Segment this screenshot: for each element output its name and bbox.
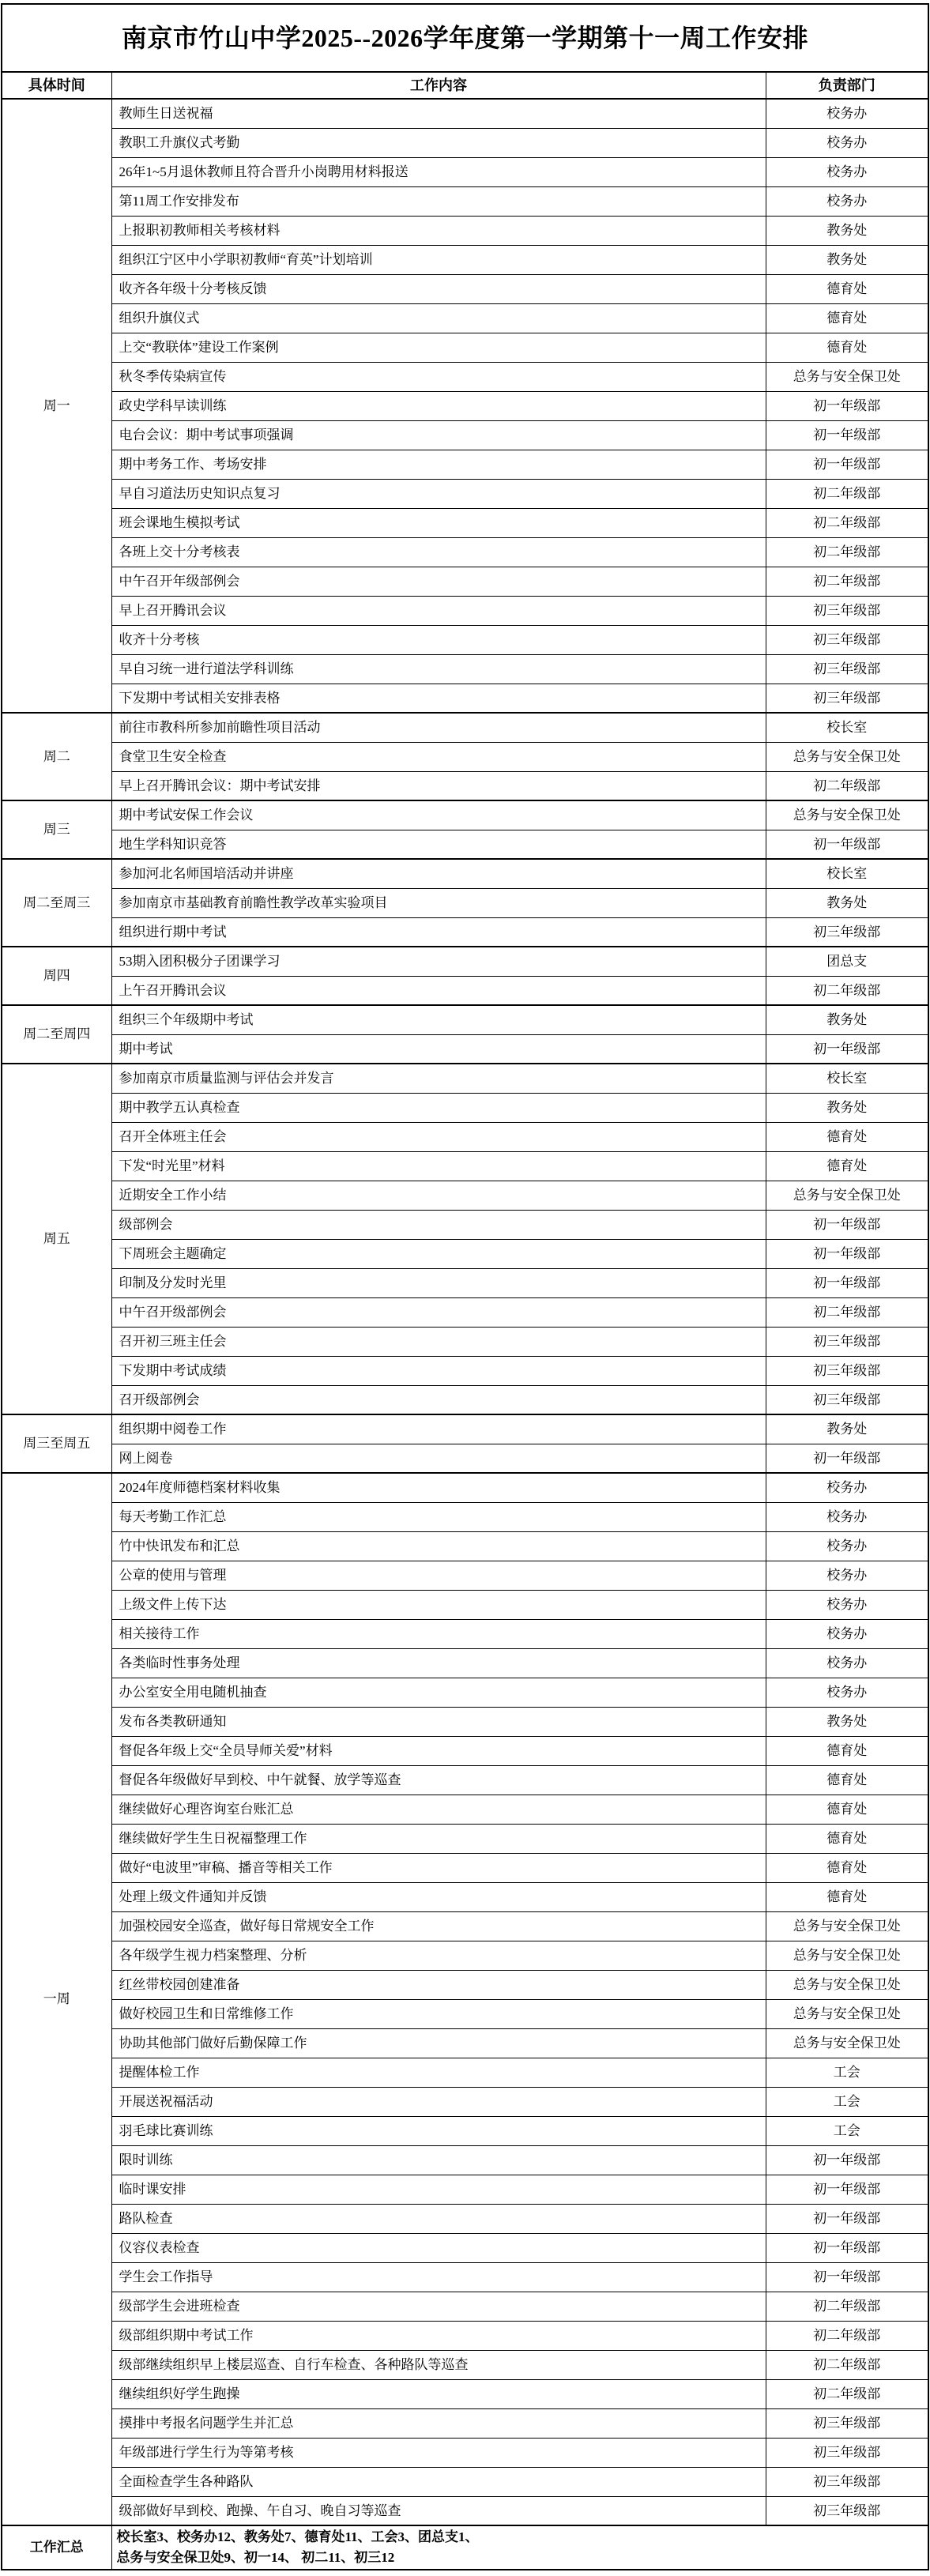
dept-cell: 总务与安全保卫处 xyxy=(766,362,928,391)
dept-cell: 教务处 xyxy=(766,245,928,274)
dept-cell: 初一年级部 xyxy=(766,1268,928,1297)
table-row: 继续做好学生生日祝福整理工作德育处 xyxy=(2,1824,928,1853)
table-row: 周四53期入团积极分子团课学习团总支 xyxy=(2,947,928,976)
task-cell: 加强校园安全巡查，做好每日常规安全工作 xyxy=(111,1911,766,1941)
work-schedule-table: 南京市竹山中学2025--2026学年度第一学期第十一周工作安排 具体时间 工作… xyxy=(1,3,929,2570)
task-cell: 上报职初教师相关考核材料 xyxy=(111,216,766,245)
summary-row: 工作汇总校长室3、校务办12、教务处7、德育处11、工会3、团总支1、总务与安全… xyxy=(2,2525,928,2570)
dept-cell: 初二年级部 xyxy=(766,567,928,596)
task-cell: 限时训练 xyxy=(111,2145,766,2175)
dept-cell: 初一年级部 xyxy=(766,2145,928,2175)
dept-cell: 总务与安全保卫处 xyxy=(766,1999,928,2028)
task-cell: 级部做好早到校、跑操、午自习、晚自习等巡查 xyxy=(111,2496,766,2525)
summary-content-cell: 校长室3、校务办12、教务处7、德育处11、工会3、团总支1、总务与安全保卫处9… xyxy=(111,2525,928,2570)
dept-cell: 校务办 xyxy=(766,157,928,186)
task-cell: 继续做好心理咨询室台账汇总 xyxy=(111,1795,766,1824)
dept-cell: 初二年级部 xyxy=(766,976,928,1005)
summary-time-cell: 工作汇总 xyxy=(2,2525,111,2570)
time-cell: 周二至周四 xyxy=(2,1005,111,1064)
dept-cell: 工会 xyxy=(766,2116,928,2145)
table-row: 各年级学生视力档案整理、分析总务与安全保卫处 xyxy=(2,1941,928,1970)
task-cell: 组织三个年级期中考试 xyxy=(111,1005,766,1034)
table-row: 召开全体班主任会德育处 xyxy=(2,1122,928,1151)
table-row: 收齐各年级十分考核反馈德育处 xyxy=(2,274,928,303)
time-cell: 一周 xyxy=(2,1473,111,2525)
dept-cell: 初一年级部 xyxy=(766,1210,928,1239)
dept-cell: 校务办 xyxy=(766,1473,928,1502)
dept-cell: 初一年级部 xyxy=(766,420,928,450)
dept-cell: 教务处 xyxy=(766,1414,928,1444)
task-cell: 下发“时光里”材料 xyxy=(111,1151,766,1181)
dept-cell: 总务与安全保卫处 xyxy=(766,1181,928,1210)
task-cell: 参加南京市质量监测与评估会并发言 xyxy=(111,1064,766,1093)
dept-cell: 初三年级部 xyxy=(766,625,928,654)
task-cell: 组织进行期中考试 xyxy=(111,917,766,947)
table-row: 级部做好早到校、跑操、午自习、晚自习等巡查初三年级部 xyxy=(2,2496,928,2525)
task-cell: 食堂卫生安全检查 xyxy=(111,742,766,771)
table-row: 上报职初教师相关考核材料教务处 xyxy=(2,216,928,245)
column-header-dept: 负责部门 xyxy=(766,72,928,99)
table-row: 组织进行期中考试初三年级部 xyxy=(2,917,928,947)
task-cell: 26年1~5月退休教师且符合晋升小岗聘用材料报送 xyxy=(111,157,766,186)
dept-cell: 初三年级部 xyxy=(766,2496,928,2525)
task-cell: 级部继续组织早上楼层巡查、自行车检查、各种路队等巡查 xyxy=(111,2350,766,2379)
schedule-body: 周一教师生日送祝福校务办教职工升旗仪式考勤校务办26年1~5月退休教师且符合晋升… xyxy=(2,99,928,2570)
table-row: 继续组织好学生跑操初二年级部 xyxy=(2,2379,928,2408)
task-cell: 发布各类教研通知 xyxy=(111,1707,766,1736)
dept-cell: 德育处 xyxy=(766,1151,928,1181)
table-row: 上级文件上传下达校务办 xyxy=(2,1590,928,1619)
task-cell: 收齐各年级十分考核反馈 xyxy=(111,274,766,303)
table-row: 每天考勤工作汇总校务办 xyxy=(2,1502,928,1531)
dept-cell: 校务办 xyxy=(766,1531,928,1561)
table-row: 办公室安全用电随机抽查校务办 xyxy=(2,1678,928,1707)
table-row: 周二至周四组织三个年级期中考试教务处 xyxy=(2,1005,928,1034)
table-row: 参加南京市基础教育前瞻性教学改革实验项目教务处 xyxy=(2,888,928,917)
dept-cell: 德育处 xyxy=(766,1795,928,1824)
dept-cell: 初三年级部 xyxy=(766,684,928,713)
title-row: 南京市竹山中学2025--2026学年度第一学期第十一周工作安排 xyxy=(2,4,928,72)
task-cell: 下发期中考试成绩 xyxy=(111,1356,766,1385)
table-row: 周三至周五组织期中阅卷工作教务处 xyxy=(2,1414,928,1444)
page-title: 南京市竹山中学2025--2026学年度第一学期第十一周工作安排 xyxy=(2,4,928,72)
task-cell: 继续组织好学生跑操 xyxy=(111,2379,766,2408)
time-cell: 周三 xyxy=(2,800,111,859)
task-cell: 近期安全工作小结 xyxy=(111,1181,766,1210)
dept-cell: 初三年级部 xyxy=(766,1385,928,1414)
table-row: 学生会工作指导初一年级部 xyxy=(2,2262,928,2292)
task-cell: 年级部进行学生行为等第考核 xyxy=(111,2438,766,2467)
table-row: 加强校园安全巡查，做好每日常规安全工作总务与安全保卫处 xyxy=(2,1911,928,1941)
dept-cell: 初一年级部 xyxy=(766,2175,928,2204)
table-row: 下发期中考试相关安排表格初三年级部 xyxy=(2,684,928,713)
task-cell: 电台会议：期中考试事项强调 xyxy=(111,420,766,450)
dept-cell: 初三年级部 xyxy=(766,2467,928,2496)
task-cell: 网上阅卷 xyxy=(111,1444,766,1473)
table-row: 上午召开腾讯会议初二年级部 xyxy=(2,976,928,1005)
task-cell: 前往市教科所参加前瞻性项目活动 xyxy=(111,713,766,742)
table-row: 近期安全工作小结总务与安全保卫处 xyxy=(2,1181,928,1210)
task-cell: 相关接待工作 xyxy=(111,1619,766,1648)
task-cell: 期中考务工作、考场安排 xyxy=(111,450,766,479)
dept-cell: 初二年级部 xyxy=(766,1297,928,1327)
dept-cell: 德育处 xyxy=(766,1824,928,1853)
task-cell: 级部学生会进班检查 xyxy=(111,2292,766,2321)
task-cell: 早上召开腾讯会议 xyxy=(111,596,766,625)
time-cell: 周四 xyxy=(2,947,111,1005)
dept-cell: 初一年级部 xyxy=(766,1444,928,1473)
dept-cell: 工会 xyxy=(766,2087,928,2116)
column-header-task: 工作内容 xyxy=(111,72,766,99)
table-row: 周一教师生日送祝福校务办 xyxy=(2,99,928,128)
dept-cell: 初三年级部 xyxy=(766,2438,928,2467)
dept-cell: 总务与安全保卫处 xyxy=(766,742,928,771)
dept-cell: 教务处 xyxy=(766,1093,928,1122)
task-cell: 上交“教联体”建设工作案例 xyxy=(111,333,766,362)
task-cell: 组织江宁区中小学职初教师“育英”计划培训 xyxy=(111,245,766,274)
summary-line: 总务与安全保卫处9、初一14、 初二11、初三12 xyxy=(117,2548,924,2568)
table-row: 一周2024年度师德档案材料收集校务办 xyxy=(2,1473,928,1502)
table-row: 下发期中考试成绩初三年级部 xyxy=(2,1356,928,1385)
dept-cell: 教务处 xyxy=(766,216,928,245)
table-row: 政史学科早读训练初一年级部 xyxy=(2,391,928,420)
time-cell: 周一 xyxy=(2,99,111,713)
task-cell: 53期入团积极分子团课学习 xyxy=(111,947,766,976)
task-cell: 级部组织期中考试工作 xyxy=(111,2321,766,2350)
dept-cell: 校务办 xyxy=(766,1561,928,1590)
task-cell: 做好校园卫生和日常维修工作 xyxy=(111,1999,766,2028)
dept-cell: 初一年级部 xyxy=(766,450,928,479)
dept-cell: 初二年级部 xyxy=(766,508,928,537)
dept-cell: 初三年级部 xyxy=(766,917,928,947)
table-row: 全面检查学生各种路队初三年级部 xyxy=(2,2467,928,2496)
table-row: 限时训练初一年级部 xyxy=(2,2145,928,2175)
table-row: 周三期中考试安保工作会议总务与安全保卫处 xyxy=(2,800,928,830)
column-header-row: 具体时间 工作内容 负责部门 xyxy=(2,72,928,99)
dept-cell: 初一年级部 xyxy=(766,391,928,420)
task-cell: 全面检查学生各种路队 xyxy=(111,2467,766,2496)
task-cell: 各类临时性事务处理 xyxy=(111,1648,766,1678)
time-cell: 周五 xyxy=(2,1064,111,1414)
dept-cell: 校长室 xyxy=(766,1064,928,1093)
table-row: 年级部进行学生行为等第考核初三年级部 xyxy=(2,2438,928,2467)
dept-cell: 初三年级部 xyxy=(766,654,928,684)
table-row: 发布各类教研通知教务处 xyxy=(2,1707,928,1736)
table-row: 中午召开年级部例会初二年级部 xyxy=(2,567,928,596)
table-row: 周二至周三参加河北名师国培活动并讲座校长室 xyxy=(2,859,928,888)
task-cell: 收齐十分考核 xyxy=(111,625,766,654)
dept-cell: 初二年级部 xyxy=(766,2292,928,2321)
dept-cell: 校务办 xyxy=(766,1648,928,1678)
table-row: 开展送祝福活动工会 xyxy=(2,2087,928,2116)
table-row: 周二前往市教科所参加前瞻性项目活动校长室 xyxy=(2,713,928,742)
time-cell: 周二 xyxy=(2,713,111,800)
table-row: 中午召开级部例会初二年级部 xyxy=(2,1297,928,1327)
dept-cell: 校务办 xyxy=(766,186,928,216)
task-cell: 做好“电波里”审稿、播音等相关工作 xyxy=(111,1853,766,1882)
table-row: 协助其他部门做好后勤保障工作总务与安全保卫处 xyxy=(2,2028,928,2058)
table-row: 继续做好心理咨询室台账汇总德育处 xyxy=(2,1795,928,1824)
table-row: 早自习统一进行道法学科训练初三年级部 xyxy=(2,654,928,684)
task-cell: 提醒体检工作 xyxy=(111,2058,766,2087)
task-cell: 红丝带校园创建准备 xyxy=(111,1970,766,1999)
dept-cell: 初二年级部 xyxy=(766,2379,928,2408)
table-row: 期中教学五认真检查教务处 xyxy=(2,1093,928,1122)
dept-cell: 校务办 xyxy=(766,1590,928,1619)
dept-cell: 团总支 xyxy=(766,947,928,976)
task-cell: 督促各年级上交“全员导师关爱”材料 xyxy=(111,1736,766,1765)
dept-cell: 校务办 xyxy=(766,99,928,128)
task-cell: 地生学科知识竞答 xyxy=(111,830,766,859)
table-row: 地生学科知识竞答初一年级部 xyxy=(2,830,928,859)
table-row: 做好“电波里”审稿、播音等相关工作德育处 xyxy=(2,1853,928,1882)
task-cell: 印制及分发时光里 xyxy=(111,1268,766,1297)
table-row: 提醒体检工作工会 xyxy=(2,2058,928,2087)
task-cell: 期中考试安保工作会议 xyxy=(111,800,766,830)
dept-cell: 初一年级部 xyxy=(766,2204,928,2233)
task-cell: 第11周工作安排发布 xyxy=(111,186,766,216)
dept-cell: 总务与安全保卫处 xyxy=(766,2028,928,2058)
table-row: 临时课安排初一年级部 xyxy=(2,2175,928,2204)
task-cell: 公章的使用与管理 xyxy=(111,1561,766,1590)
task-cell: 竹中快讯发布和汇总 xyxy=(111,1531,766,1561)
task-cell: 政史学科早读训练 xyxy=(111,391,766,420)
task-cell: 学生会工作指导 xyxy=(111,2262,766,2292)
summary-line: 校长室3、校务办12、教务处7、德育处11、工会3、团总支1、 xyxy=(117,2527,924,2548)
table-row: 仪容仪表检查初一年级部 xyxy=(2,2233,928,2262)
table-row: 召开级部例会初三年级部 xyxy=(2,1385,928,1414)
table-row: 督促各年级上交“全员导师关爱”材料德育处 xyxy=(2,1736,928,1765)
dept-cell: 校务办 xyxy=(766,1678,928,1707)
table-row: 下周班会主题确定初一年级部 xyxy=(2,1239,928,1268)
dept-cell: 德育处 xyxy=(766,1882,928,1911)
dept-cell: 教务处 xyxy=(766,1005,928,1034)
dept-cell: 初三年级部 xyxy=(766,2408,928,2438)
dept-cell: 总务与安全保卫处 xyxy=(766,1970,928,1999)
table-row: 上交“教联体”建设工作案例德育处 xyxy=(2,333,928,362)
task-cell: 羽毛球比赛训练 xyxy=(111,2116,766,2145)
task-cell: 教职工升旗仪式考勤 xyxy=(111,128,766,157)
task-cell: 参加南京市基础教育前瞻性教学改革实验项目 xyxy=(111,888,766,917)
dept-cell: 教务处 xyxy=(766,1707,928,1736)
dept-cell: 工会 xyxy=(766,2058,928,2087)
table-row: 印制及分发时光里初一年级部 xyxy=(2,1268,928,1297)
task-cell: 教师生日送祝福 xyxy=(111,99,766,128)
dept-cell: 初三年级部 xyxy=(766,1327,928,1356)
table-row: 电台会议：期中考试事项强调初一年级部 xyxy=(2,420,928,450)
task-cell: 下周班会主题确定 xyxy=(111,1239,766,1268)
task-cell: 2024年度师德档案材料收集 xyxy=(111,1473,766,1502)
table-row: 级部组织期中考试工作初二年级部 xyxy=(2,2321,928,2350)
table-row: 组织升旗仪式德育处 xyxy=(2,303,928,333)
dept-cell: 初二年级部 xyxy=(766,2321,928,2350)
table-row: 级部学生会进班检查初二年级部 xyxy=(2,2292,928,2321)
dept-cell: 初一年级部 xyxy=(766,2262,928,2292)
table-row: 各班上交十分考核表初二年级部 xyxy=(2,537,928,567)
dept-cell: 总务与安全保卫处 xyxy=(766,1911,928,1941)
table-row: 摸排中考报名问题学生并汇总初三年级部 xyxy=(2,2408,928,2438)
task-cell: 早上召开腾讯会议：期中考试安排 xyxy=(111,771,766,800)
table-row: 班会课地生模拟考试初二年级部 xyxy=(2,508,928,537)
dept-cell: 初一年级部 xyxy=(766,830,928,859)
dept-cell: 校务办 xyxy=(766,1502,928,1531)
task-cell: 上级文件上传下达 xyxy=(111,1590,766,1619)
dept-cell: 德育处 xyxy=(766,333,928,362)
dept-cell: 初三年级部 xyxy=(766,1356,928,1385)
dept-cell: 初二年级部 xyxy=(766,537,928,567)
time-cell: 周三至周五 xyxy=(2,1414,111,1473)
table-row: 相关接待工作校务办 xyxy=(2,1619,928,1648)
task-cell: 期中教学五认真检查 xyxy=(111,1093,766,1122)
task-cell: 早自习道法历史知识点复习 xyxy=(111,479,766,508)
task-cell: 开展送祝福活动 xyxy=(111,2087,766,2116)
dept-cell: 德育处 xyxy=(766,303,928,333)
task-cell: 各班上交十分考核表 xyxy=(111,537,766,567)
task-cell: 班会课地生模拟考试 xyxy=(111,508,766,537)
task-cell: 期中考试 xyxy=(111,1034,766,1064)
task-cell: 参加河北名师国培活动并讲座 xyxy=(111,859,766,888)
dept-cell: 初一年级部 xyxy=(766,1239,928,1268)
dept-cell: 德育处 xyxy=(766,274,928,303)
table-row: 第11周工作安排发布校务办 xyxy=(2,186,928,216)
dept-cell: 总务与安全保卫处 xyxy=(766,1941,928,1970)
task-cell: 督促各年级做好早到校、中午就餐、放学等巡查 xyxy=(111,1765,766,1795)
dept-cell: 初二年级部 xyxy=(766,2350,928,2379)
task-cell: 上午召开腾讯会议 xyxy=(111,976,766,1005)
task-cell: 处理上级文件通知并反馈 xyxy=(111,1882,766,1911)
dept-cell: 初一年级部 xyxy=(766,1034,928,1064)
dept-cell: 德育处 xyxy=(766,1765,928,1795)
task-cell: 每天考勤工作汇总 xyxy=(111,1502,766,1531)
task-cell: 召开全体班主任会 xyxy=(111,1122,766,1151)
dept-cell: 德育处 xyxy=(766,1853,928,1882)
task-cell: 下发期中考试相关安排表格 xyxy=(111,684,766,713)
task-cell: 秋冬季传染病宣传 xyxy=(111,362,766,391)
task-cell: 摸排中考报名问题学生并汇总 xyxy=(111,2408,766,2438)
table-row: 期中考务工作、考场安排初一年级部 xyxy=(2,450,928,479)
task-cell: 召开级部例会 xyxy=(111,1385,766,1414)
table-row: 各类临时性事务处理校务办 xyxy=(2,1648,928,1678)
table-row: 公章的使用与管理校务办 xyxy=(2,1561,928,1590)
table-row: 教职工升旗仪式考勤校务办 xyxy=(2,128,928,157)
dept-cell: 校长室 xyxy=(766,713,928,742)
dept-cell: 校长室 xyxy=(766,859,928,888)
table-row: 秋冬季传染病宣传总务与安全保卫处 xyxy=(2,362,928,391)
task-cell: 继续做好学生生日祝福整理工作 xyxy=(111,1824,766,1853)
task-cell: 临时课安排 xyxy=(111,2175,766,2204)
task-cell: 召开初三班主任会 xyxy=(111,1327,766,1356)
table-row: 期中考试初一年级部 xyxy=(2,1034,928,1064)
task-cell: 协助其他部门做好后勤保障工作 xyxy=(111,2028,766,2058)
table-row: 召开初三班主任会初三年级部 xyxy=(2,1327,928,1356)
table-row: 红丝带校园创建准备总务与安全保卫处 xyxy=(2,1970,928,1999)
task-cell: 组织期中阅卷工作 xyxy=(111,1414,766,1444)
task-cell: 级部例会 xyxy=(111,1210,766,1239)
table-row: 收齐十分考核初三年级部 xyxy=(2,625,928,654)
dept-cell: 总务与安全保卫处 xyxy=(766,800,928,830)
table-row: 级部例会初一年级部 xyxy=(2,1210,928,1239)
dept-cell: 教务处 xyxy=(766,888,928,917)
dept-cell: 初二年级部 xyxy=(766,771,928,800)
task-cell: 路队检查 xyxy=(111,2204,766,2233)
dept-cell: 德育处 xyxy=(766,1736,928,1765)
table-row: 组织江宁区中小学职初教师“育英”计划培训教务处 xyxy=(2,245,928,274)
table-row: 羽毛球比赛训练工会 xyxy=(2,2116,928,2145)
table-row: 路队检查初一年级部 xyxy=(2,2204,928,2233)
table-row: 下发“时光里”材料德育处 xyxy=(2,1151,928,1181)
dept-cell: 初三年级部 xyxy=(766,596,928,625)
task-cell: 组织升旗仪式 xyxy=(111,303,766,333)
task-cell: 办公室安全用电随机抽查 xyxy=(111,1678,766,1707)
task-cell: 早自习统一进行道法学科训练 xyxy=(111,654,766,684)
task-cell: 仪容仪表检查 xyxy=(111,2233,766,2262)
table-row: 食堂卫生安全检查总务与安全保卫处 xyxy=(2,742,928,771)
dept-cell: 初一年级部 xyxy=(766,2233,928,2262)
table-row: 26年1~5月退休教师且符合晋升小岗聘用材料报送校务办 xyxy=(2,157,928,186)
table-row: 级部继续组织早上楼层巡查、自行车检查、各种路队等巡查初二年级部 xyxy=(2,2350,928,2379)
dept-cell: 校务办 xyxy=(766,128,928,157)
task-cell: 中午召开年级部例会 xyxy=(111,567,766,596)
table-row: 周五参加南京市质量监测与评估会并发言校长室 xyxy=(2,1064,928,1093)
table-row: 早上召开腾讯会议初三年级部 xyxy=(2,596,928,625)
table-row: 督促各年级做好早到校、中午就餐、放学等巡查德育处 xyxy=(2,1765,928,1795)
dept-cell: 校务办 xyxy=(766,1619,928,1648)
dept-cell: 初二年级部 xyxy=(766,479,928,508)
column-header-time: 具体时间 xyxy=(2,72,111,99)
task-cell: 各年级学生视力档案整理、分析 xyxy=(111,1941,766,1970)
table-row: 做好校园卫生和日常维修工作总务与安全保卫处 xyxy=(2,1999,928,2028)
table-row: 网上阅卷初一年级部 xyxy=(2,1444,928,1473)
dept-cell: 德育处 xyxy=(766,1122,928,1151)
table-row: 早上召开腾讯会议：期中考试安排初二年级部 xyxy=(2,771,928,800)
table-row: 早自习道法历史知识点复习初二年级部 xyxy=(2,479,928,508)
table-row: 竹中快讯发布和汇总校务办 xyxy=(2,1531,928,1561)
task-cell: 中午召开级部例会 xyxy=(111,1297,766,1327)
table-row: 处理上级文件通知并反馈德育处 xyxy=(2,1882,928,1911)
time-cell: 周二至周三 xyxy=(2,859,111,947)
